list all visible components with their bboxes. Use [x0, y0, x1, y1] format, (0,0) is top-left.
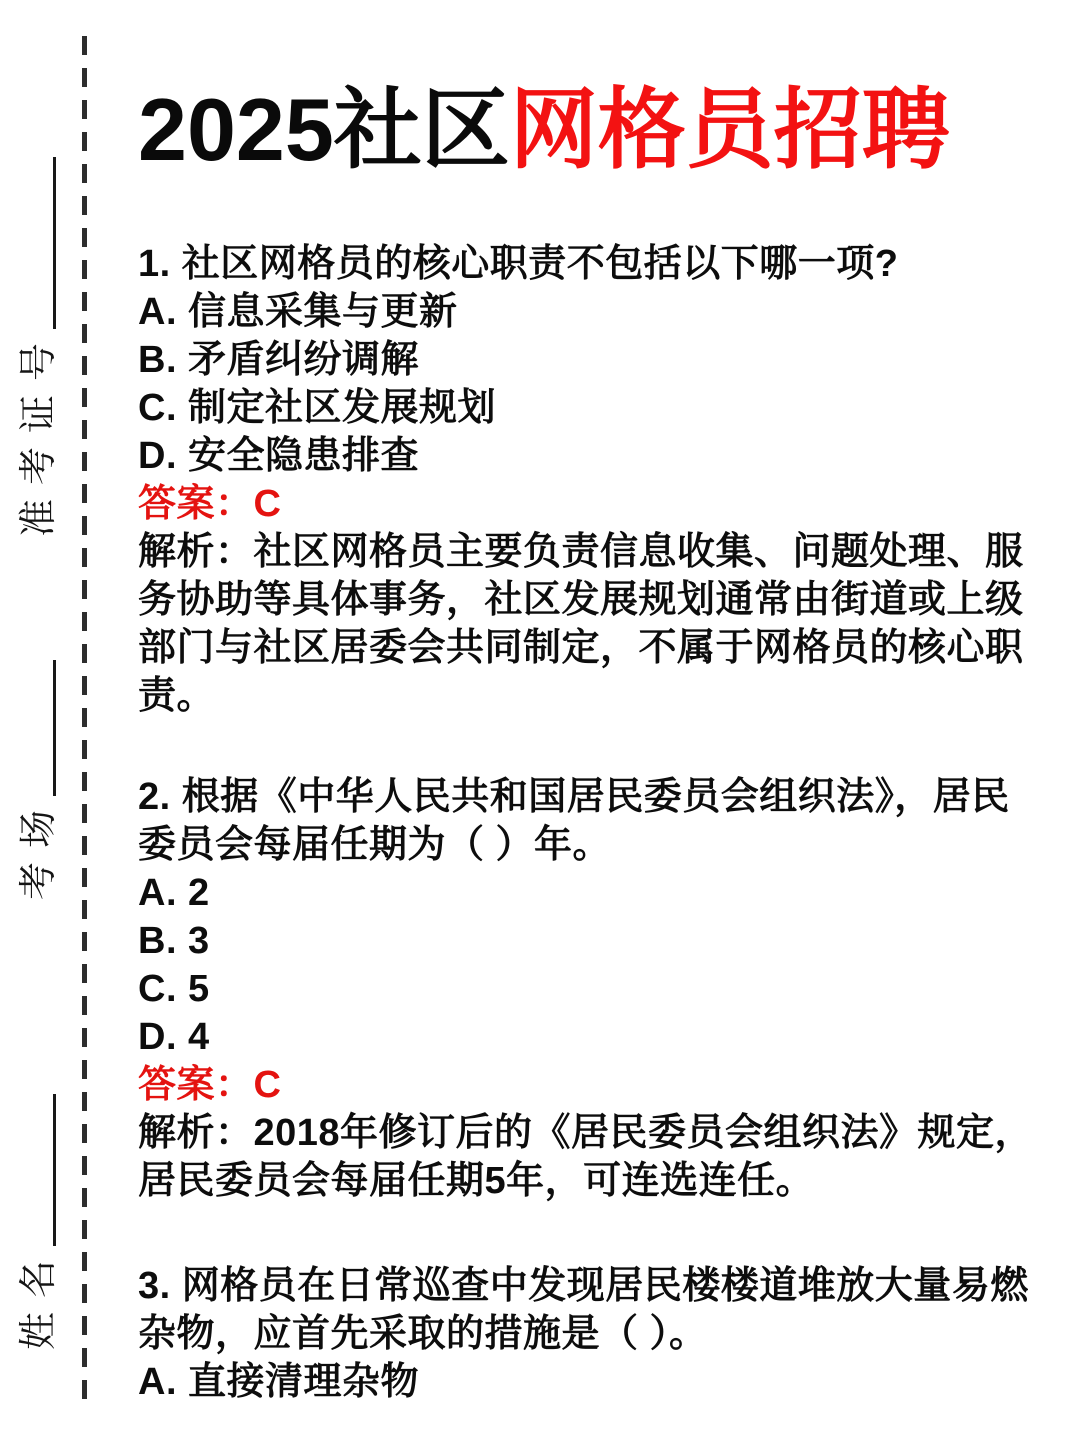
analysis-line: 解析：2018年修订后的《居民委员会组织法》规定， [138, 1109, 1053, 1157]
option-line: D. 4 [138, 1013, 1053, 1061]
answer-line: 答案：C [138, 480, 1053, 528]
exam-sheet-page: 准考证号 考场 姓名 2025社区网格员招聘 1. 社区网格员的核心职责不包括以… [0, 0, 1080, 1440]
option-line: A. 直接清理杂物 [138, 1358, 1053, 1406]
question-block-2: 2. 根据《中华人民共和国居民委员会组织法》，居民 委员会每届任期为（ ）年。 … [138, 773, 1053, 1205]
main-content: 2025社区网格员招聘 1. 社区网格员的核心职责不包括以下哪一项? A. 信息… [138, 84, 1053, 1406]
margin-field-exam-number: 准考证号 [16, 157, 62, 537]
margin-field-label: 准考证号 [16, 329, 62, 537]
question-block-3: 3. 网格员在日常巡查中发现居民楼楼道堆放大量易燃 杂物，应首先采取的措施是（ … [138, 1262, 1053, 1406]
option-line: D. 安全隐患排查 [138, 432, 1053, 480]
margin-field-label: 考场 [16, 796, 62, 900]
analysis-line: 责。 [138, 672, 1053, 720]
option-line: A. 2 [138, 869, 1053, 917]
margin-field-exam-room: 考场 [16, 660, 62, 900]
option-line: B. 矛盾纠纷调解 [138, 336, 1053, 384]
question-stem-line: 1. 社区网格员的核心职责不包括以下哪一项? [138, 240, 1053, 288]
question-stem-line: 2. 根据《中华人民共和国居民委员会组织法》，居民 [138, 773, 1053, 821]
margin-field-name: 姓名 [16, 1094, 62, 1350]
margin-field-blank-line [53, 660, 56, 796]
answer-line: 答案：C [138, 1061, 1053, 1109]
page-title: 2025社区网格员招聘 [138, 84, 1053, 176]
analysis-line: 解析：社区网格员主要负责信息收集、问题处理、服 [138, 528, 1053, 576]
seal-dashed-line [82, 36, 87, 1410]
analysis-line: 居民委员会每届任期5年，可连选连任。 [138, 1157, 1053, 1205]
margin-field-blank-line [53, 157, 56, 329]
question-stem-line: 委员会每届任期为（ ）年。 [138, 821, 1053, 869]
analysis-line: 务协助等具体事务，社区发展规划通常由街道或上级 [138, 576, 1053, 624]
margin-field-label: 姓名 [16, 1246, 62, 1350]
analysis-line: 部门与社区居委会共同制定，不属于网格员的核心职 [138, 624, 1053, 672]
margin-field-blank-line [53, 1094, 56, 1246]
question-block-1: 1. 社区网格员的核心职责不包括以下哪一项? A. 信息采集与更新 B. 矛盾纠… [138, 240, 1053, 720]
option-line: A. 信息采集与更新 [138, 288, 1053, 336]
title-red-part: 网格员招聘 [510, 80, 950, 179]
option-line: B. 3 [138, 917, 1053, 965]
question-stem-line: 杂物，应首先采取的措施是（ ）。 [138, 1310, 1053, 1358]
option-line: C. 制定社区发展规划 [138, 384, 1053, 432]
option-line: C. 5 [138, 965, 1053, 1013]
question-stem-line: 3. 网格员在日常巡查中发现居民楼楼道堆放大量易燃 [138, 1262, 1053, 1310]
title-black-part: 2025社区 [138, 80, 510, 179]
